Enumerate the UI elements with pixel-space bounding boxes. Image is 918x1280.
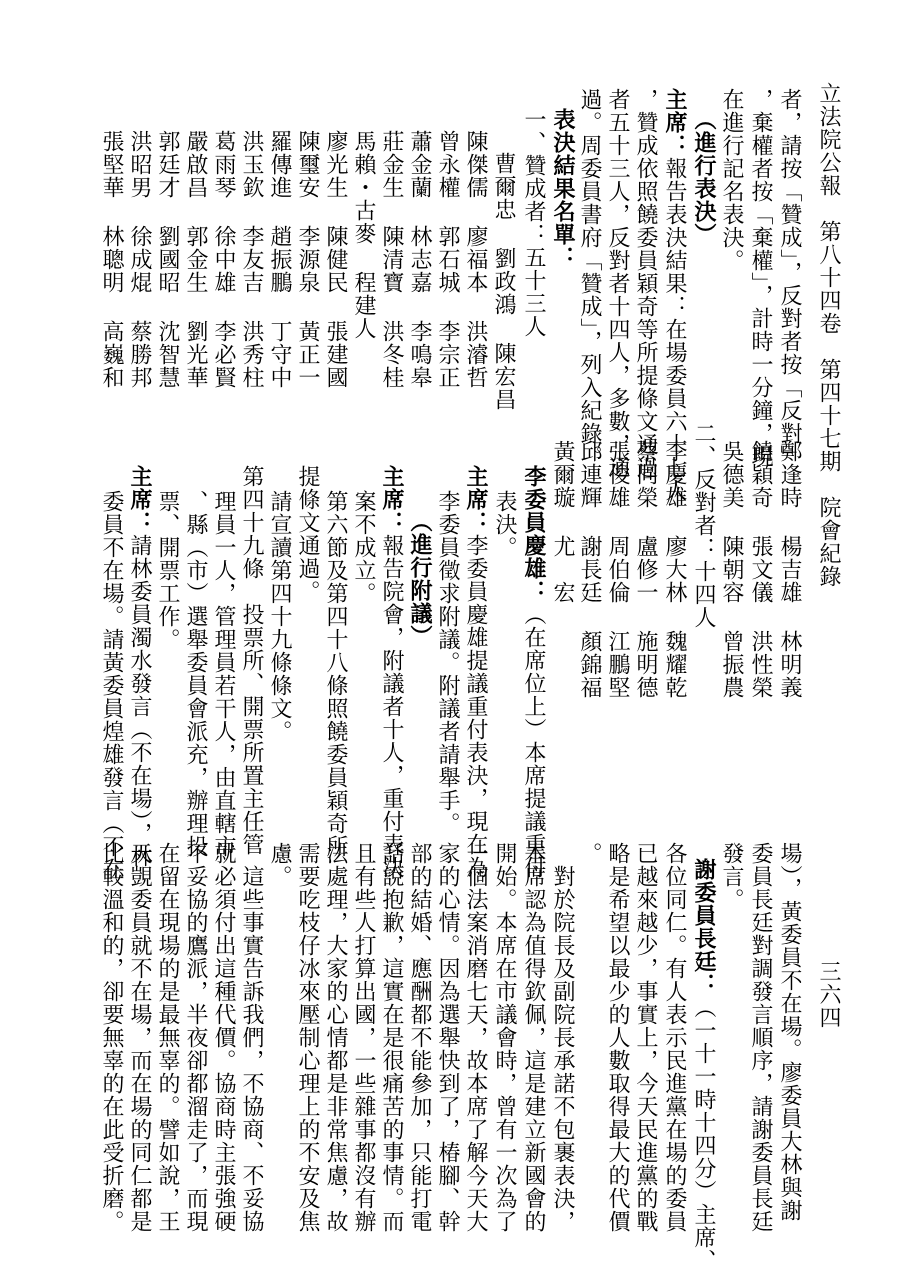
text-line: 者，請按「贊成」，反對者按「反對」 <box>776 88 802 468</box>
text-line: 票、開票工作。 <box>154 490 180 651</box>
yes-heading: 一、贊成者：五十三人 <box>520 108 546 338</box>
name-col: 陳傑儒廖福本洪濬哲 <box>462 130 488 389</box>
name-col: 曾永權郭石城李宗正 <box>434 130 460 389</box>
name-col: 李慶雄廖大林魏耀乾 <box>661 440 687 699</box>
text-line: 已越來越少，事實上，今天民進黨的戰 <box>632 842 658 1233</box>
name-col: 張俊雄周伯倫江鵬堅 <box>604 440 630 699</box>
name-col: 蔡同榮盧修一施明德 <box>632 440 658 699</box>
text-line: 主席：報告院會，附議者十人，重付表決 <box>378 465 404 879</box>
text-line: 者五十三人，反對者十四人，多數，通 <box>604 88 630 479</box>
name-col: 羅傳進趙振鵬丁守中 <box>266 130 292 389</box>
article-49-text: 第四十九條 投票所、開票所置主任管 <box>238 465 264 856</box>
text-line: 開始。本席在市議會時，曾有一次為了 <box>491 842 517 1233</box>
name-col: 洪玉欽李友吉洪秀柱 <box>238 130 264 389</box>
speaker-label: 主席： <box>662 88 687 157</box>
text-line: 法處理，大家的心情都是非常焦慮，故 <box>322 842 348 1233</box>
page-number: 三六四 <box>815 960 841 1029</box>
name-col: 馬賴・古麥程建人 <box>350 130 376 340</box>
name-col: 洪昭男徐成焜蔡勝邦 <box>126 130 152 389</box>
speaker-label: 主席： <box>127 465 152 534</box>
name-col: 莊金生陳清寶洪冬桂 <box>378 130 404 389</box>
text-line: 委員不在場。請黃委員煌雄發言（不在 <box>98 490 124 881</box>
text-line: ，棄權者按「棄權」，計時一分鐘，現 <box>747 88 773 468</box>
text-line: 場），黃委員不在場。廖委員大林與謝 <box>776 842 802 1222</box>
text-line: 在進行記名表決。 <box>718 88 744 272</box>
text-line: 委員長廷對調發言順序，請謝委員長廷 <box>747 842 773 1233</box>
text-line: 比較溫和的，卻要無辜的在此受折磨。 <box>98 842 124 1233</box>
name-col: 吳德美陳朝容曾振農 <box>718 440 744 699</box>
name-col: 黃爾璇尤 宏 <box>549 440 575 604</box>
text-line: 李委員慶雄：（在席位上）本席提議重付 <box>520 465 546 879</box>
text-line: 各位同仁。有人表示民進黨在場的委員 <box>661 842 687 1233</box>
name-col: 鄭逢時楊吉雄林明義 <box>776 440 802 699</box>
name-col: 陳璽安李源泉黃正一 <box>294 130 320 389</box>
speaker-label: 主席： <box>379 465 404 534</box>
speaker-label: 李委員慶雄： <box>521 465 546 603</box>
text-line: 家的心情。因為選舉快到了，椿腳、幹 <box>434 842 460 1233</box>
text-line: 提條文通過。 <box>294 465 320 603</box>
issue-label: 第四十七期 <box>816 358 841 473</box>
name-col: 張堅華林聰明高巍和 <box>98 130 124 389</box>
text-line: 、縣（市）選舉委員會派充，辦理投 <box>182 490 208 858</box>
procedure-note-voting: （進行表決） <box>690 108 716 246</box>
volume-label: 第八十四卷 <box>816 220 841 335</box>
text-line: 過。周委員書府「贊成」，列入紀錄。 <box>576 88 602 468</box>
text-line: 慮。 <box>266 842 292 888</box>
name-col: 曹爾忠劉政鴻陳宏昌 <box>490 152 516 411</box>
text-line: 需要吃枝仔冰來壓制心理上的不安及焦 <box>294 842 320 1233</box>
publication-title: 立法院公報 <box>816 82 841 197</box>
text-line: 主席：請林委員濁水發言（不在場），林 <box>126 465 152 868</box>
text-line: 天覬委員就不在場，而在場的同仁都是 <box>126 842 152 1233</box>
name-col: 郭廷才劉國昭沈智慧 <box>154 130 180 389</box>
name-col: 蕭金蘭林志嘉李鳴皋 <box>406 130 432 389</box>
text-line: 不妥協的鷹派，半夜卻都溜走了，而現 <box>182 842 208 1233</box>
text-line: 這些事實告訴我們，不協商、不妥協 <box>238 842 264 1233</box>
text-line: 案不成立。 <box>350 490 376 605</box>
text-line: 謝委員長廷：（一十一時十四分）主席、 <box>690 858 716 1272</box>
text-line: 在留在現場的是最無辜的。譬如說，王 <box>154 842 180 1233</box>
name-col: 廖光生陳健民張建國 <box>322 130 348 389</box>
text-line: 主席：李委員慶雄提議重付表決，現在為 <box>462 465 488 879</box>
text-line: 。 <box>576 842 602 865</box>
text-line: 且有些人打算出國，一些雜事都沒有辦 <box>350 842 376 1233</box>
speaker-label: 謝委員長廷： <box>691 858 716 996</box>
text-line: 略是希望以最少的人數取得最大的代價 <box>604 842 630 1233</box>
text-line: 表決。 <box>491 490 517 559</box>
text-line: 請宣讀第四十九條條文。 <box>266 490 292 743</box>
vote-result-heading: 表決結果名單： <box>549 108 575 269</box>
name-col: 葛雨琴徐中雄李必賢 <box>210 130 236 389</box>
text-line: 本席認為值得欽佩，這是建立新國會的 <box>520 842 546 1233</box>
text-line: 李委員徵求附議。附議者請舉手。 <box>434 490 460 835</box>
text-line: 部的結婚、應酬都不能參加，只能打電 <box>406 842 432 1233</box>
speaker-label: 主席： <box>463 465 488 534</box>
text-line: 發言。 <box>718 842 744 911</box>
running-header: 立法院公報 第八十四卷 第四十七期 院會紀錄 <box>815 82 841 588</box>
text-line: 對於院長及副院長承諾不包裹表決， <box>549 842 575 1233</box>
text-line: 話說抱歉，這實在是很痛苦的事情。而 <box>378 842 404 1233</box>
name-col: 邱連輝謝長廷顏錦福 <box>576 440 602 699</box>
name-col: 饒穎奇張文儀洪性榮 <box>747 440 773 699</box>
text-line: ，贊成依照饒委員穎奇等所提條文通過 <box>632 88 658 479</box>
text-line: 一個法案消磨七天，故本席了解今天大 <box>462 842 488 1233</box>
name-col: 嚴啟昌郭金生劉光華 <box>182 130 208 389</box>
text-line: 理員一人，管理員若干人，由直轄市 <box>210 490 236 858</box>
no-heading: 二、反對者：十四人 <box>690 422 716 629</box>
text-line: 第六節及第四十八條照饒委員穎奇所 <box>322 490 348 858</box>
procedure-note-seconding: （進行附議） <box>406 510 432 648</box>
section-label: 院會紀錄 <box>816 496 841 588</box>
text-line: 就必須付出這種代價。協商時主張強硬 <box>210 842 236 1233</box>
